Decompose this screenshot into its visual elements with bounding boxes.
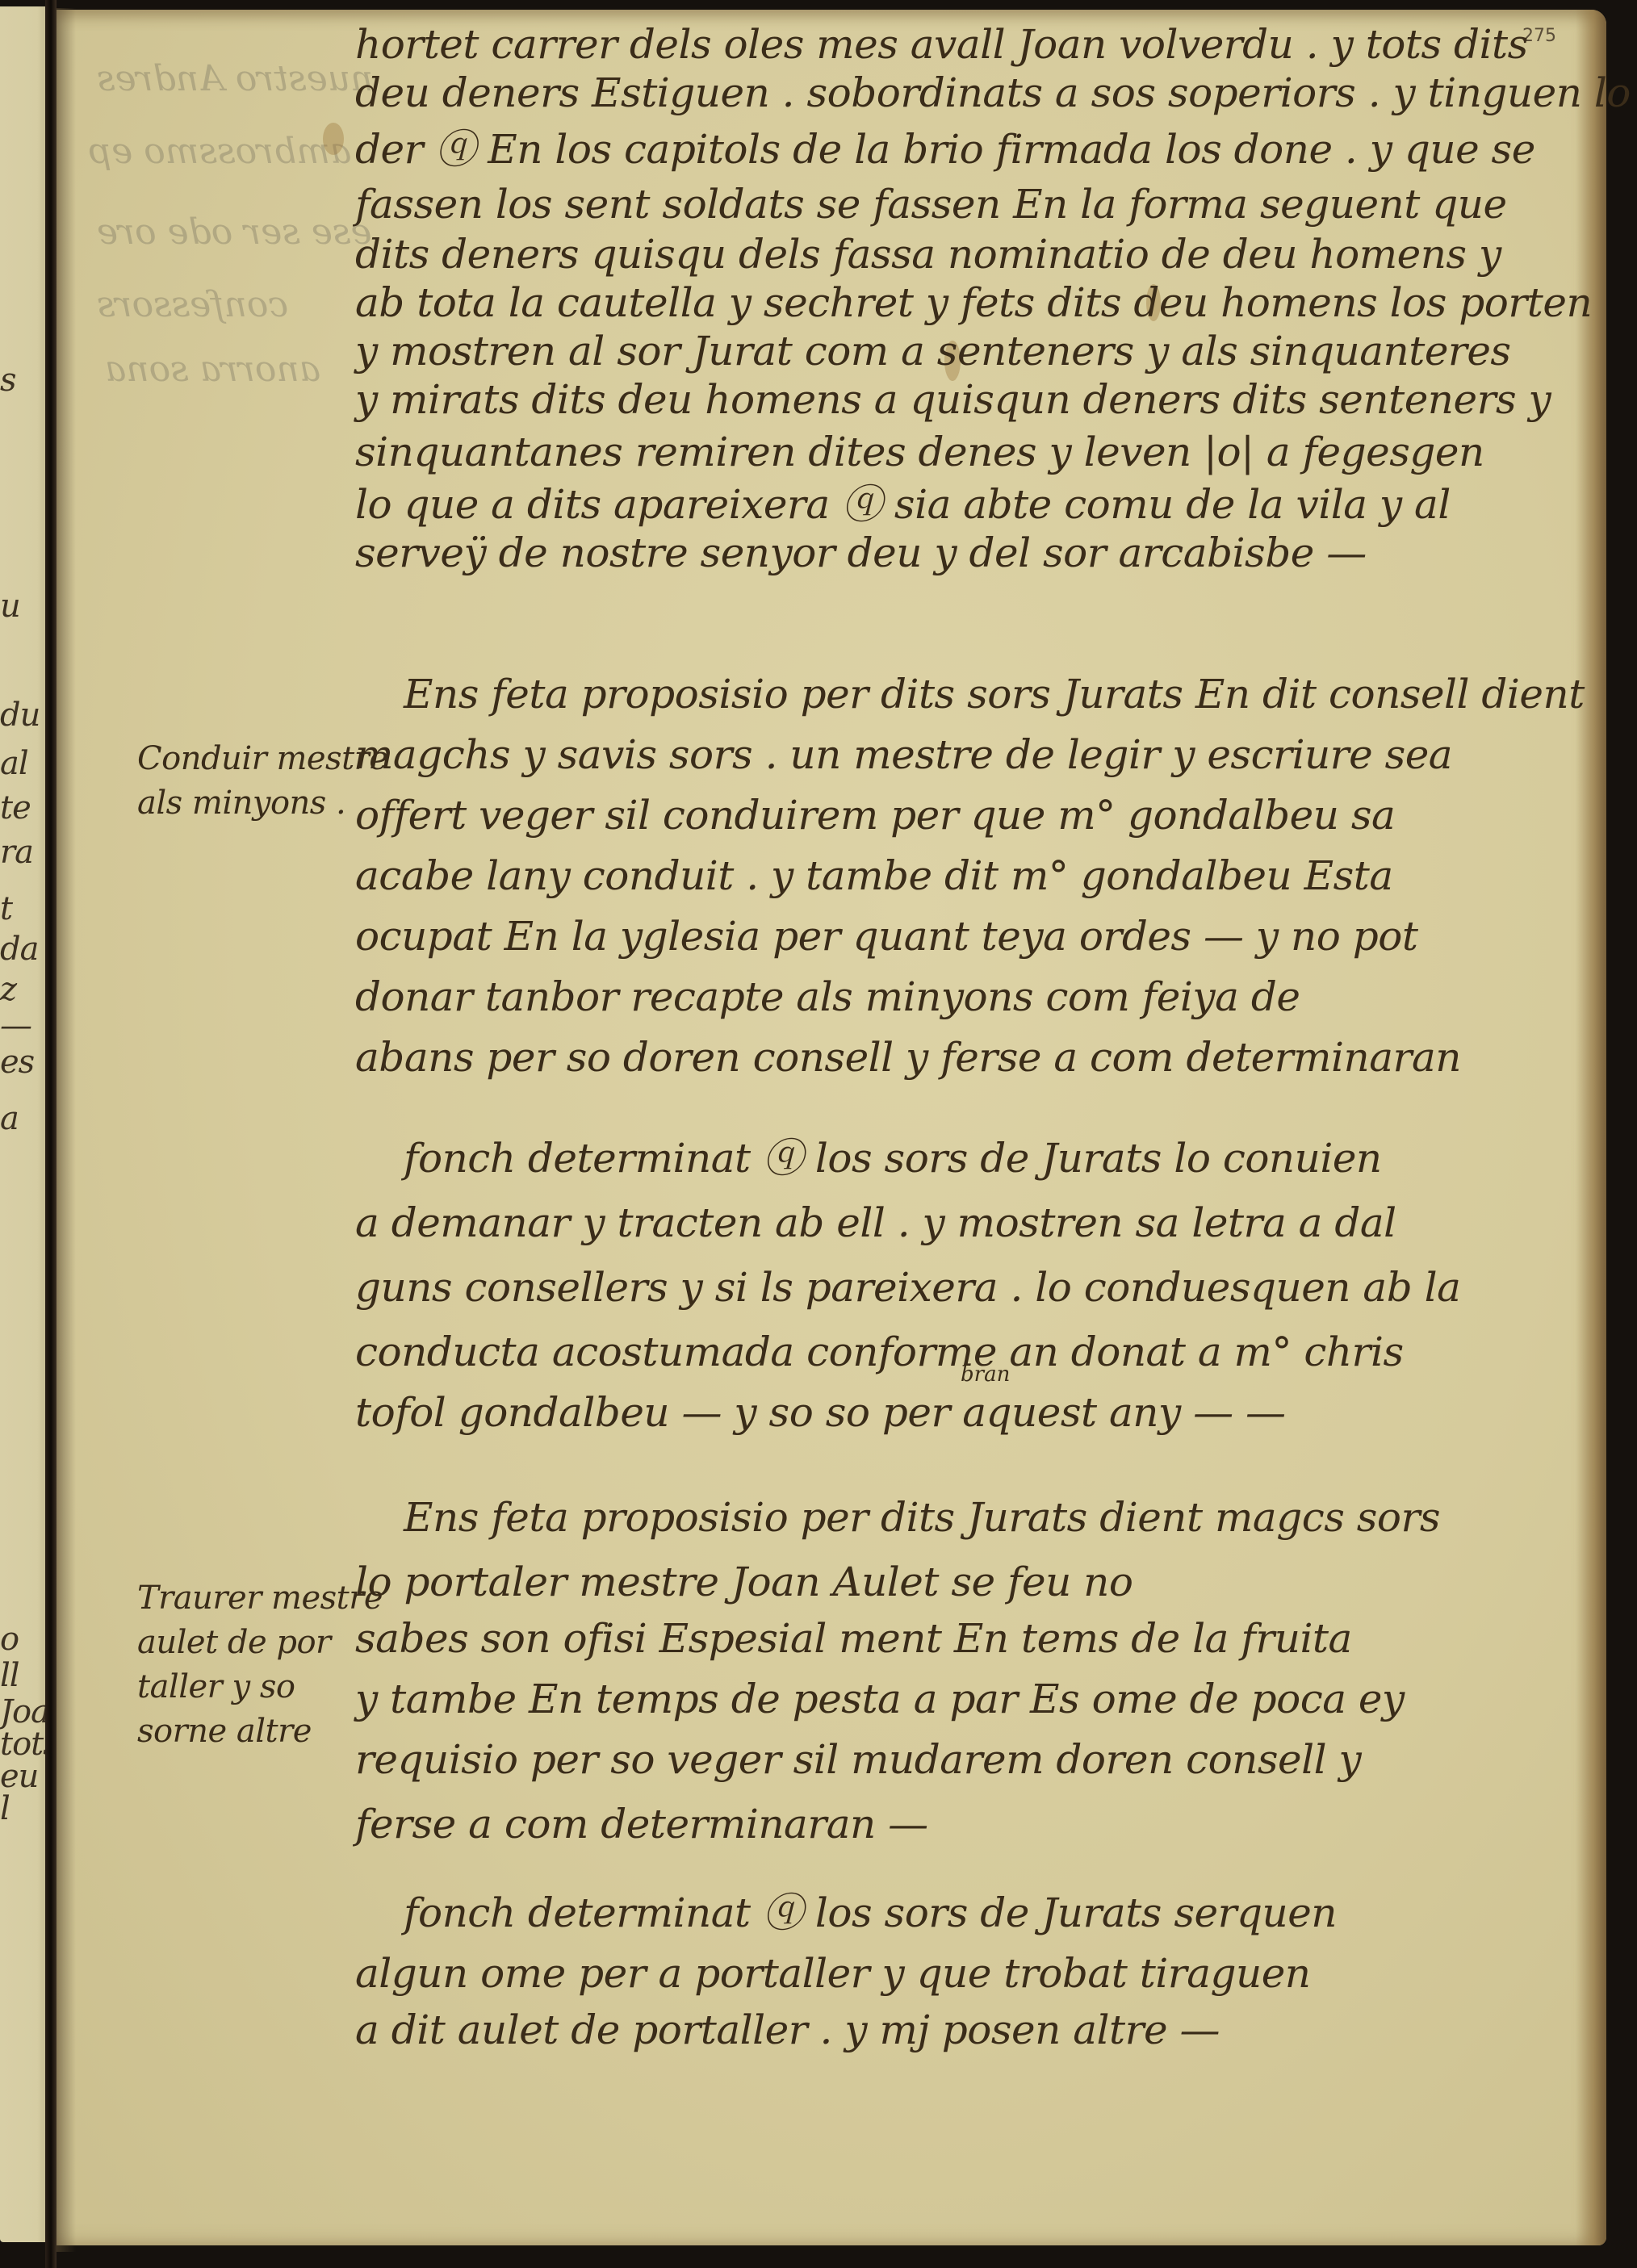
page-edge-shadow: [1576, 10, 1606, 2245]
gutter-shadow: [57, 8, 76, 2252]
manuscript-line: Ens feta proposisio per dits Jurats dien…: [404, 1497, 1440, 1538]
margin-note: als minyons .: [137, 787, 345, 819]
margin-note: Traurer mestre: [137, 1582, 383, 1614]
manuscript-line: hortet carrer dels oles mes avall Joan v…: [355, 24, 1528, 65]
manuscript-line: der ⓠ En los capitols de la brio firmada…: [355, 129, 1535, 169]
manuscript-line: lo portaler mestre Joan Aulet se feu no: [355, 1562, 1133, 1602]
bleed-through-text: ese ser ode ore: [97, 211, 372, 253]
manuscript-line: serveÿ de nostre senyor deu y del sor ar…: [355, 533, 1367, 573]
manuscript-scan: s u du al te ra t da z — es a o ll Joan …: [0, 0, 1637, 2268]
prev-page-fragment: l: [0, 1790, 10, 1827]
manuscript-line: ocupat En la yglesia per quant teya orde…: [355, 916, 1417, 956]
margin-note: aulet de por: [137, 1626, 331, 1659]
bleed-through-text: nuestro Andres: [97, 58, 373, 99]
manuscript-line: acabe lany conduit . y tambe dit m° gond…: [355, 856, 1393, 896]
manuscript-line: tofol gondalbeu — y so so per aquest any…: [355, 1392, 1286, 1433]
manuscript-line: fonch determinat ⓠ los sors de Jurats lo…: [404, 1138, 1382, 1178]
manuscript-line: fonch determinat ⓠ los sors de Jurats se…: [404, 1893, 1337, 1933]
prev-page-fragment: a: [0, 1100, 19, 1137]
manuscript-line: algun ome per a portaller y que trobat t…: [355, 1953, 1311, 1994]
manuscript-line: donar tanbor recapte als minyons com fei…: [355, 977, 1300, 1017]
manuscript-line: sabes son ofisi Espesial ment En tems de…: [355, 1618, 1352, 1659]
manuscript-line: sinquantanes remiren dites denes y leven…: [355, 432, 1484, 472]
manuscript-line: magchs y savis sors . un mestre de legir…: [355, 734, 1452, 775]
prev-page-fragment: s: [0, 362, 16, 399]
manuscript-line: requisio per so veger sil mudarem doren …: [355, 1739, 1361, 1780]
prev-page-fragment: u: [0, 588, 20, 625]
manuscript-line: Ens feta proposisio per dits sors Jurats…: [404, 674, 1585, 714]
interlinear-insertion: bran: [961, 1362, 1010, 1387]
prev-page-fragment: t: [0, 890, 12, 927]
margin-note: taller y so: [137, 1671, 295, 1703]
prev-page-fragment: es: [0, 1044, 34, 1081]
manuscript-line: conducta acostumada conforme an donat a …: [355, 1332, 1404, 1372]
manuscript-line: a demanar y tracten ab ell . y mostren s…: [355, 1203, 1396, 1243]
manuscript-line: deu deners Estiguen . sobordinats a sos …: [355, 73, 1637, 113]
manuscript-line: a dit aulet de portaller . y mj posen al…: [355, 2010, 1220, 2050]
manuscript-line: guns consellers y si ls pareixera . lo c…: [355, 1267, 1460, 1308]
manuscript-line: y mirats dits deu homens a quisqun dener…: [355, 379, 1551, 420]
manuscript-line: ab tota la cautella y sechret y fets dit…: [355, 282, 1592, 323]
prev-page-fragment: z: [0, 971, 16, 1008]
manuscript-line: y mostren al sor Jurat com a senteners y…: [355, 331, 1511, 371]
manuscript-line: lo que a dits apareixera ⓠ sia abte comu…: [355, 484, 1451, 525]
prev-page-fragment: te: [0, 789, 31, 826]
book-binding-gutter: [45, 0, 57, 2268]
margin-note: Conduir mestre: [137, 743, 387, 775]
manuscript-line: offert veger sil conduirem per que m° go…: [355, 795, 1395, 835]
prev-page-fragment: o: [0, 1621, 19, 1658]
bleed-through-text: ambrossmo ep: [89, 131, 351, 172]
prev-page-fragment: ra: [0, 834, 33, 871]
manuscript-line: abans per so doren consell y ferse a com…: [355, 1037, 1461, 1078]
manuscript-line: fassen los sent soldats se fassen En la …: [355, 184, 1507, 224]
prev-page-fragment: —: [0, 1007, 31, 1044]
prev-page-fragment: ll: [0, 1657, 19, 1694]
manuscript-line: ferse a com determinaran —: [355, 1804, 928, 1844]
margin-note: sorne altre: [137, 1715, 312, 1747]
prev-page-fragment: al: [0, 745, 28, 782]
bleed-through-text: anorra sona: [105, 349, 320, 390]
bleed-through-text: confessors: [97, 284, 288, 325]
prev-page-fragment: da: [0, 931, 38, 968]
manuscript-line: y tambe En temps de pesta a par Es ome d…: [355, 1679, 1405, 1719]
stain: [323, 123, 344, 155]
manuscript-line: dits deners quisqu dels fassa nominatio …: [355, 234, 1501, 274]
prev-page-fragment: du: [0, 697, 40, 734]
